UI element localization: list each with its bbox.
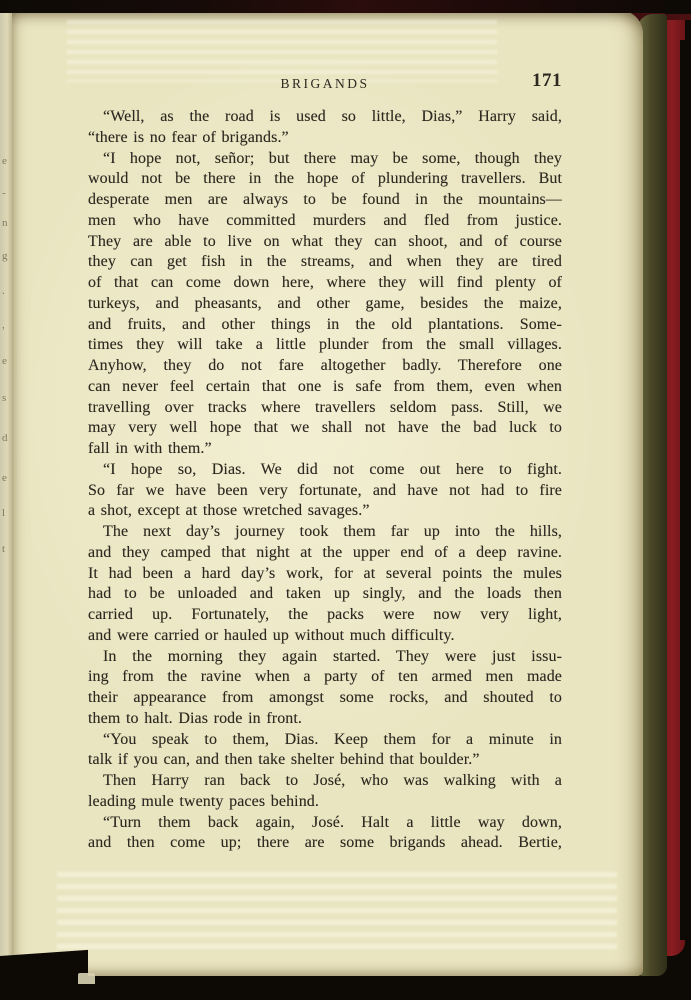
text-line: “Turn them back again, José. Halt a litt… [88, 813, 562, 834]
edge-letter-fragment: - [2, 188, 6, 199]
paragraph: Then Harry ran back to José, who was wal… [88, 771, 562, 813]
text-line: “there is no fear of brigands.” [88, 128, 562, 149]
edge-letter-fragment: g [2, 251, 8, 262]
paragraph: “Well, as the road is used so little, Di… [88, 107, 562, 149]
text-line: Anyhow, they do not fare altogether badl… [88, 356, 562, 377]
text-line: men who have committed murders and fled … [88, 211, 562, 232]
text-line: “Well, as the road is used so little, Di… [88, 107, 562, 128]
paragraph: The next day’s journey took them far up … [88, 522, 562, 647]
paragraphs: “Well, as the road is used so little, Di… [88, 107, 562, 854]
edge-letter-fragment: t [2, 544, 5, 555]
edge-letter-fragment: . [2, 286, 5, 297]
text-line: In the morning they again started. They … [88, 647, 562, 668]
text-line: Then Harry ran back to José, who was wal… [88, 771, 562, 792]
running-head: BRIGANDS 171 [88, 72, 562, 94]
text-line: The next day’s journey took them far up … [88, 522, 562, 543]
text-line: they can get fish in the streams, and wh… [88, 252, 562, 273]
edge-letter-fragment: e [2, 356, 7, 367]
paragraph: “I hope so, Dias. We did not come out he… [88, 460, 562, 522]
edge-letter-fragment: e [2, 473, 7, 484]
text-line: may very well hope that we shall not hav… [88, 418, 562, 439]
text-line: and they camped that night at the upper … [88, 543, 562, 564]
scan-shadow-bottom [0, 978, 691, 1000]
text-line: of that can come down here, where they w… [88, 273, 562, 294]
page-number: 171 [532, 70, 562, 92]
text-line: them to halt. Dias rode in front. [88, 709, 562, 730]
text-line: It had been a hard day’s work, for at se… [88, 564, 562, 585]
text-line: “I hope not, señor; but there may be som… [88, 149, 562, 170]
paragraph: “Turn them back again, José. Halt a litt… [88, 813, 562, 855]
edge-letter-fragment: , [2, 320, 5, 331]
text-line: had to be unloaded and taken up singly, … [88, 584, 562, 605]
edge-letter-fragment: e [2, 156, 7, 167]
text-line: would not be there in the hope of plunde… [88, 169, 562, 190]
text-line: So far we have been very fortunate, and … [88, 481, 562, 502]
text-line: “I hope so, Dias. We did not come out he… [88, 460, 562, 481]
edge-letter-fragment: s [2, 393, 6, 404]
paragraph: “You speak to them, Dias. Keep them for … [88, 730, 562, 772]
text-line: ing from the ravine when a party of ten … [88, 667, 562, 688]
paragraph: “I hope not, señor; but there may be som… [88, 149, 562, 460]
text-line: and then come up; there are some brigand… [88, 833, 562, 854]
text-line: can never feel certain that one is safe … [88, 377, 562, 398]
edge-letter-fragment: l [2, 508, 5, 519]
text-line: “You speak to them, Dias. Keep them for … [88, 730, 562, 751]
text-line: fall in with them.” [88, 439, 562, 460]
text-line: and fruits, and other things in the old … [88, 315, 562, 336]
edge-letter-fragment: n [2, 218, 8, 229]
scan-shadow-right [680, 40, 691, 940]
text-line: a shot, except at those wretched savages… [88, 501, 562, 522]
edge-letter-fragment: d [2, 433, 8, 444]
scan-corner-top-right [665, 0, 691, 14]
chapter-running-title: BRIGANDS [88, 76, 562, 92]
text-line: and were carried or hauled up without mu… [88, 626, 562, 647]
text-line: talk if you can, and then take shelter b… [88, 750, 562, 771]
text-line: times they will take a little plunder fr… [88, 335, 562, 356]
text-line: carried up. Fortunately, the packs were … [88, 605, 562, 626]
scan-shadow-top [0, 0, 691, 13]
text-line: turkeys, and pheasants, and other game, … [88, 294, 562, 315]
page-bottom-tab [78, 973, 95, 984]
book-page-scan: e-ng.,esdelt BRIGANDS 171 “Well, as the … [0, 0, 691, 1000]
text-line: They are able to live on what they can s… [88, 232, 562, 253]
paragraph: In the morning they again started. They … [88, 647, 562, 730]
text-line: their appearance from amongst some rocks… [88, 688, 562, 709]
text-line: leading mule twenty paces behind. [88, 792, 562, 813]
text-line: desperate men are always to be found in … [88, 190, 562, 211]
text-line: travelling over tracks where travellers … [88, 398, 562, 419]
paper-curl-highlight-bottom [57, 872, 617, 950]
